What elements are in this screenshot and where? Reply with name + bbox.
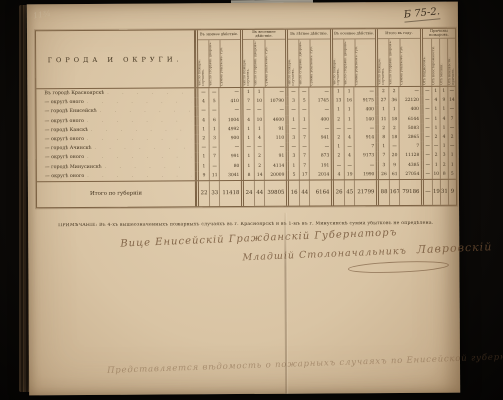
row-group: 11400	[330, 106, 375, 115]
value-cell: 36	[389, 96, 399, 105]
column-subheader: Отъ поджоговъ.	[423, 39, 431, 86]
column-subheader: Число сгорѣвш. дворовъ.	[343, 39, 354, 86]
dot-leader	[87, 136, 192, 142]
value-cell: 2	[432, 151, 440, 160]
value-cell: 400	[354, 106, 376, 115]
value-cell: 7	[379, 151, 389, 160]
value-cell: —	[424, 124, 432, 133]
row-group: 21140	[330, 115, 375, 124]
value-cell: 1	[344, 115, 354, 124]
value-cell: —	[424, 133, 432, 142]
value-cell: 1	[288, 115, 298, 124]
value-cell: —	[424, 170, 432, 179]
dot-leader	[95, 146, 192, 152]
row-group: —1085	[421, 169, 456, 178]
value-cell: 7	[209, 152, 219, 161]
value-cell: —	[334, 161, 344, 170]
value-cell: 61	[389, 170, 399, 179]
value-cell: 1	[432, 160, 440, 169]
row-group: —242	[421, 133, 456, 142]
value-cell: 2	[389, 124, 399, 133]
value-cell: 16	[289, 181, 299, 206]
value-cell: 3	[379, 161, 389, 170]
value-cell: 1	[254, 88, 264, 97]
value-cell: 5	[209, 97, 219, 106]
value-cell: 9175	[354, 96, 376, 105]
value-cell: 3	[440, 151, 448, 160]
value-cell: 7	[299, 161, 309, 170]
value-cell: 11128	[399, 151, 421, 160]
value-cell: 6144	[399, 114, 421, 123]
value-cell: —	[448, 142, 456, 151]
value-cell: 914	[354, 133, 376, 142]
value-cell: 1	[244, 161, 254, 170]
value-cell: 1	[333, 106, 343, 115]
value-cell: 1	[244, 134, 254, 143]
value-cell: 1745	[309, 97, 331, 106]
value-cell: 44	[299, 180, 309, 205]
row-group: 223311418	[196, 181, 241, 206]
value-cell: 3	[289, 152, 299, 161]
value-cell: —	[264, 88, 286, 97]
row-group: 22—	[375, 87, 420, 96]
column-subheader: Отъ неизвѣстн. причинъ.	[447, 39, 455, 86]
totals-label: Итого по губерніи	[37, 181, 196, 207]
value-cell: 7	[299, 152, 309, 161]
column-group-title: Въ зимнее дѣйствіе.	[198, 30, 240, 40]
column-group-title: Итого въ году.	[378, 29, 420, 39]
row-group: —11—	[420, 87, 455, 96]
value-cell: —	[209, 88, 219, 97]
value-cell: —	[344, 161, 354, 170]
value-cell: —	[209, 107, 219, 116]
value-cell: —	[424, 151, 432, 160]
column-group-header: Въ весеннее дѣйствіе.Число пожарн. случа…	[240, 30, 285, 87]
row-group: 1—7	[331, 142, 376, 151]
column-group-title: Въ весеннее дѣйствіе.	[243, 30, 285, 40]
value-cell: —	[264, 143, 286, 152]
value-cell: 11	[378, 115, 388, 124]
value-cell: 2	[199, 134, 209, 143]
row-group: 11400	[375, 105, 420, 114]
value-cell: 1	[431, 87, 439, 96]
row-group: ——1—	[421, 142, 456, 151]
row-group: 81420009	[241, 170, 286, 179]
row-group: 266127054	[376, 170, 421, 179]
row-group: ———	[285, 87, 330, 96]
value-cell: —	[389, 142, 399, 151]
value-cell: 10	[432, 169, 440, 178]
row-group: 17191	[286, 161, 331, 170]
value-cell: —	[199, 143, 209, 152]
value-cell: 10790	[264, 97, 286, 106]
value-cell: —	[432, 142, 440, 151]
value-cell: 10	[254, 97, 264, 106]
value-cell: 110	[264, 134, 286, 143]
value-cell: 19	[432, 180, 440, 205]
value-cell: 991	[219, 152, 241, 161]
value-cell: 14	[254, 171, 264, 180]
row-group: 4104600	[240, 115, 285, 124]
value-cell: 17	[299, 170, 309, 179]
value-cell: 45	[344, 180, 354, 205]
column-subheader: Число сгорѣвш. дворовъ.	[208, 40, 219, 87]
row-label: — округѣ оного	[37, 171, 196, 181]
value-cell: 1990	[354, 170, 376, 179]
value-cell: 33	[209, 181, 219, 206]
value-cell: 1	[448, 151, 456, 160]
value-cell: —	[423, 87, 431, 96]
row-group: —11—	[420, 105, 455, 114]
pencil-archive-mark: 11¾	[32, 9, 51, 21]
value-cell: 8	[379, 133, 389, 142]
row-group: —11—	[421, 123, 456, 132]
row-group: 14110	[241, 134, 286, 143]
handwritten-docket-line: Представляется вѣдомость о пожарныхъ слу…	[107, 349, 503, 376]
row-group: 11186144	[375, 114, 420, 123]
value-cell: —	[209, 143, 219, 152]
value-cell: 8	[244, 171, 254, 180]
row-header-cell: ГОРОДА И ОКРУГИ.	[36, 30, 195, 88]
row-group: 71010790	[240, 97, 285, 106]
dot-leader	[87, 118, 192, 124]
value-cell: 400	[309, 115, 331, 124]
value-cell: —	[354, 87, 376, 96]
value-cell: 20009	[264, 170, 286, 179]
value-cell: 26	[379, 170, 389, 179]
value-cell: 20	[389, 151, 399, 160]
dot-leader	[100, 109, 192, 115]
value-cell: 4992	[219, 125, 241, 134]
row-group: 45410	[195, 97, 240, 106]
value-cell: —	[219, 88, 241, 97]
value-cell: 22	[199, 181, 209, 206]
value-cell: 21799	[354, 180, 376, 205]
value-cell: 3	[288, 97, 298, 106]
value-cell: 14	[447, 96, 455, 105]
value-cell: 22120	[399, 96, 421, 105]
row-group: 1291	[241, 152, 286, 161]
value-cell: 2	[333, 115, 343, 124]
column-subheaders: Число пожарн. случаевъ.Число сгорѣвш. дв…	[243, 40, 285, 87]
value-cell: 1	[379, 142, 389, 151]
row-group: 461004	[195, 116, 240, 125]
value-cell: 4	[431, 96, 439, 105]
value-cell: —	[289, 143, 299, 152]
value-cell: 2014	[309, 170, 331, 179]
inventory-annotation: Б 75-2.	[403, 6, 440, 22]
row-group: 72011128	[376, 151, 421, 160]
value-cell: 27054	[399, 170, 421, 179]
row-group: 11400	[285, 115, 330, 124]
row-group: 8182865	[376, 133, 421, 142]
value-cell: 1	[299, 115, 309, 124]
value-cell: —	[334, 124, 344, 133]
value-cell: —	[254, 143, 264, 152]
dot-leader	[105, 164, 192, 170]
row-group: ———	[195, 106, 240, 115]
value-cell: 19	[344, 170, 354, 179]
value-cell: —	[299, 143, 309, 152]
value-cell: 4	[198, 97, 208, 106]
value-cell: —	[447, 105, 455, 114]
statistics-table: ГОРОДА И ОКРУГИ. Въ зимнее дѣйствіе.Числ…	[35, 28, 457, 208]
value-cell: 1	[333, 87, 343, 96]
value-cell: —	[344, 142, 354, 151]
value-cell: 11	[209, 171, 219, 180]
column-subheader: Число пожарн. случаевъ.	[243, 40, 254, 87]
value-cell: —	[423, 114, 431, 123]
value-cell: 2	[389, 87, 399, 96]
column-group-header: Въ лѣтнее дѣйствіе.Число пожарн. случаев…	[285, 29, 330, 86]
value-cell: —	[209, 162, 219, 171]
column-subheaders: Число пожарн. случаевъ.Число сгорѣвш. дв…	[378, 39, 420, 86]
column-subheader: Число пожарн. случаевъ.	[333, 39, 344, 86]
value-cell: 1	[289, 161, 299, 170]
value-cell: —	[447, 87, 455, 96]
dot-leader	[91, 127, 192, 133]
value-cell: 4	[254, 134, 264, 143]
column-subheader: Сумма убытковъ. Руб.	[354, 39, 376, 86]
value-cell: 410	[219, 97, 241, 106]
column-subheader: Число сгорѣвш. дворовъ.	[388, 39, 399, 86]
value-cell: —	[299, 124, 309, 133]
column-subheader: Сумма убытковъ. Руб.	[309, 39, 331, 86]
value-cell: 9	[389, 161, 399, 170]
value-cell: 941	[309, 133, 331, 142]
row-group: ———	[285, 106, 330, 115]
row-group: 264521799	[331, 180, 376, 205]
value-cell: 44	[254, 181, 264, 206]
value-cell: 5	[299, 97, 309, 106]
value-cell: —	[243, 106, 253, 115]
row-group: 16446164	[286, 180, 331, 205]
value-cell: —	[354, 161, 376, 170]
value-cell: 7	[243, 97, 253, 106]
row-group: 9113041	[196, 171, 241, 180]
value-cell: —	[423, 105, 431, 114]
value-cell: 11418	[219, 181, 241, 206]
value-cell: 18	[389, 133, 399, 142]
value-cell: 26	[334, 180, 344, 205]
column-subheader: Отъ неосторожности.	[431, 39, 439, 86]
row-group: 11—	[330, 87, 375, 96]
row-group: 244439805	[241, 181, 286, 206]
row-group: 37941	[286, 133, 331, 142]
value-cell: 1	[439, 87, 447, 96]
column-group-title: Въ осеннее дѣйствіе.	[333, 29, 375, 39]
value-cell: 2	[440, 160, 448, 169]
value-cell: 1	[440, 142, 448, 151]
value-cell: 2	[334, 133, 344, 142]
value-cell: 5	[289, 170, 299, 179]
value-cell: —	[219, 106, 241, 115]
value-cell: 2865	[399, 133, 421, 142]
value-cell: 9	[439, 96, 447, 105]
value-cell: 4	[198, 116, 208, 125]
value-cell: 1	[209, 125, 219, 134]
value-cell: —	[309, 143, 331, 152]
value-cell: 2	[254, 161, 264, 170]
row-group: 1191	[241, 124, 286, 133]
row-group: 124114	[241, 161, 286, 170]
row-group: —19319	[421, 180, 456, 205]
value-cell: 4	[334, 170, 344, 179]
column-subheader: Сумма убытковъ. Руб.	[399, 39, 421, 86]
value-cell: 1	[344, 87, 354, 96]
row-group: —121	[421, 160, 456, 169]
value-cell: —	[309, 106, 331, 115]
value-cell: —	[424, 142, 432, 151]
value-cell: —	[219, 143, 241, 152]
value-cell: 7	[447, 114, 455, 123]
column-subheader: Число пожарн. случаевъ.	[378, 39, 389, 86]
value-cell: 140	[354, 115, 376, 124]
value-cell: 1	[254, 125, 264, 134]
row-group: 4191990	[331, 170, 376, 179]
value-cell: 1	[199, 153, 209, 162]
value-cell: 4	[243, 115, 253, 124]
value-cell: 27	[378, 96, 388, 105]
value-cell: 24	[244, 181, 254, 206]
value-cell: 4	[439, 114, 447, 123]
value-cell: 1	[243, 88, 253, 97]
value-cell: 79186	[399, 180, 421, 205]
value-cell: —	[354, 124, 376, 133]
row-group: ———	[196, 143, 241, 152]
column-group-header: Въ осеннее дѣйствіе.Число пожарн. случае…	[330, 29, 375, 86]
row-group: 273622120	[375, 96, 420, 105]
value-cell: 1	[389, 105, 399, 114]
signature: Лавровскій	[417, 240, 493, 256]
value-cell: 3	[289, 134, 299, 143]
value-cell: —	[299, 106, 309, 115]
column-group-header: Причины пожаровъ.Отъ поджоговъ.Отъ неост…	[420, 29, 455, 86]
value-cell: 4	[344, 152, 354, 161]
row-group: ———	[286, 143, 331, 152]
value-cell: —	[244, 143, 254, 152]
row-group: 17991	[196, 152, 241, 161]
dot-leader	[107, 90, 191, 96]
value-cell: 1	[199, 162, 209, 171]
row-group: —147	[420, 114, 455, 123]
value-cell: 88	[379, 180, 389, 205]
value-cell: 9	[199, 171, 209, 180]
row-group: 394385	[376, 160, 421, 169]
row-group: 249173	[331, 152, 376, 161]
table-header: ГОРОДА И ОКРУГИ. Въ зимнее дѣйствіе.Числ…	[36, 29, 455, 90]
value-cell: 1	[439, 124, 447, 133]
value-cell: 8	[440, 169, 448, 178]
value-cell: 5083	[399, 124, 421, 133]
row-group: 24914	[331, 133, 376, 142]
value-cell: —	[423, 96, 431, 105]
value-cell: 1	[244, 152, 254, 161]
value-cell: 18	[389, 115, 399, 124]
row-group: ———	[240, 106, 285, 115]
column-group-title: Причины пожаровъ.	[423, 29, 455, 39]
value-cell: 13	[333, 97, 343, 106]
value-cell: 1	[244, 125, 254, 134]
value-cell: 3041	[219, 171, 241, 180]
column-subheaders: Число пожарн. случаевъ.Число сгорѣвш. дв…	[288, 39, 330, 86]
value-cell: —	[447, 123, 455, 132]
row-header-label: ГОРОДА И ОКРУГИ.	[48, 55, 183, 64]
table-totals-row: Итого по губерніи22331141824443980516446…	[37, 179, 456, 208]
value-cell: 2	[254, 152, 264, 161]
value-cell: —	[264, 106, 286, 115]
value-cell: 91	[264, 152, 286, 161]
row-group: ———	[286, 124, 331, 133]
value-cell: 9	[448, 180, 456, 205]
column-subheaders: Число пожарн. случаевъ.Число сгорѣвш. дв…	[198, 40, 240, 87]
value-cell: 2	[432, 133, 440, 142]
value-cell: 2	[334, 152, 344, 161]
value-cell: 1	[344, 106, 354, 115]
value-cell: 80	[219, 162, 241, 171]
value-cell: —	[254, 106, 264, 115]
value-cell: 7	[399, 142, 421, 151]
value-cell: 1004	[219, 116, 241, 125]
row-group: 225083	[376, 124, 421, 133]
value-cell: 6164	[309, 180, 331, 205]
value-cell: 5	[448, 169, 456, 178]
dot-leader	[87, 173, 192, 179]
column-subheader: Число сгорѣвш. дворовъ.	[298, 40, 309, 87]
document-sheet: 11¾ Б 75-2. ГОРОДА И ОКРУГИ. Въ зимнее д…	[27, 2, 460, 396]
table-body: Въ городѣ Красноярскѣ———11————11—22——11—…	[36, 87, 456, 181]
column-group-header: Итого въ году.Число пожарн. случаевъ.Чис…	[375, 29, 420, 86]
value-cell: —	[198, 88, 208, 97]
value-cell: 4	[344, 133, 354, 142]
value-cell: 900	[219, 134, 241, 143]
column-group-title: Въ лѣтнее дѣйствіе.	[288, 29, 330, 39]
column-group-header: Въ зимнее дѣйствіе.Число пожарн. случаев…	[195, 30, 240, 87]
value-cell: 2	[448, 133, 456, 142]
row-group: —231	[421, 151, 456, 160]
value-cell: 2	[379, 124, 389, 133]
column-subheader: Число пожарн. случаевъ.	[288, 40, 299, 87]
value-cell: 10	[254, 115, 264, 124]
row-group: 11—	[240, 88, 285, 97]
value-cell: —	[289, 124, 299, 133]
value-cell: —	[399, 87, 421, 96]
row-group: 1—80	[196, 162, 241, 171]
value-cell: 39805	[264, 181, 286, 206]
value-cell: 4385	[399, 160, 421, 169]
value-cell: 31	[440, 180, 448, 205]
signature-flourish	[346, 258, 450, 275]
value-cell: 1	[431, 105, 439, 114]
row-group: 1—7	[376, 142, 421, 151]
row-group: 114992	[196, 125, 241, 134]
value-cell: 400	[399, 105, 421, 114]
value-cell: 1	[431, 124, 439, 133]
column-subheader: Число пожарн. случаевъ.	[198, 40, 209, 87]
row-group: 5172014	[286, 170, 331, 179]
row-group: ———	[331, 161, 376, 170]
row-group: 8816779186	[376, 180, 421, 205]
value-cell: 873	[309, 152, 331, 161]
value-cell: —	[309, 124, 331, 133]
value-cell: 16	[344, 97, 354, 106]
row-group: 23900	[196, 134, 241, 143]
column-subheader: Сумма убытковъ. Руб.	[219, 40, 241, 87]
value-cell: 6	[209, 116, 219, 125]
column-subheaders: Число пожарн. случаевъ.Число сгорѣвш. дв…	[333, 39, 375, 86]
row-group: —4914	[420, 96, 455, 105]
column-subheader: Сумма убытковъ. Руб.	[264, 40, 286, 87]
